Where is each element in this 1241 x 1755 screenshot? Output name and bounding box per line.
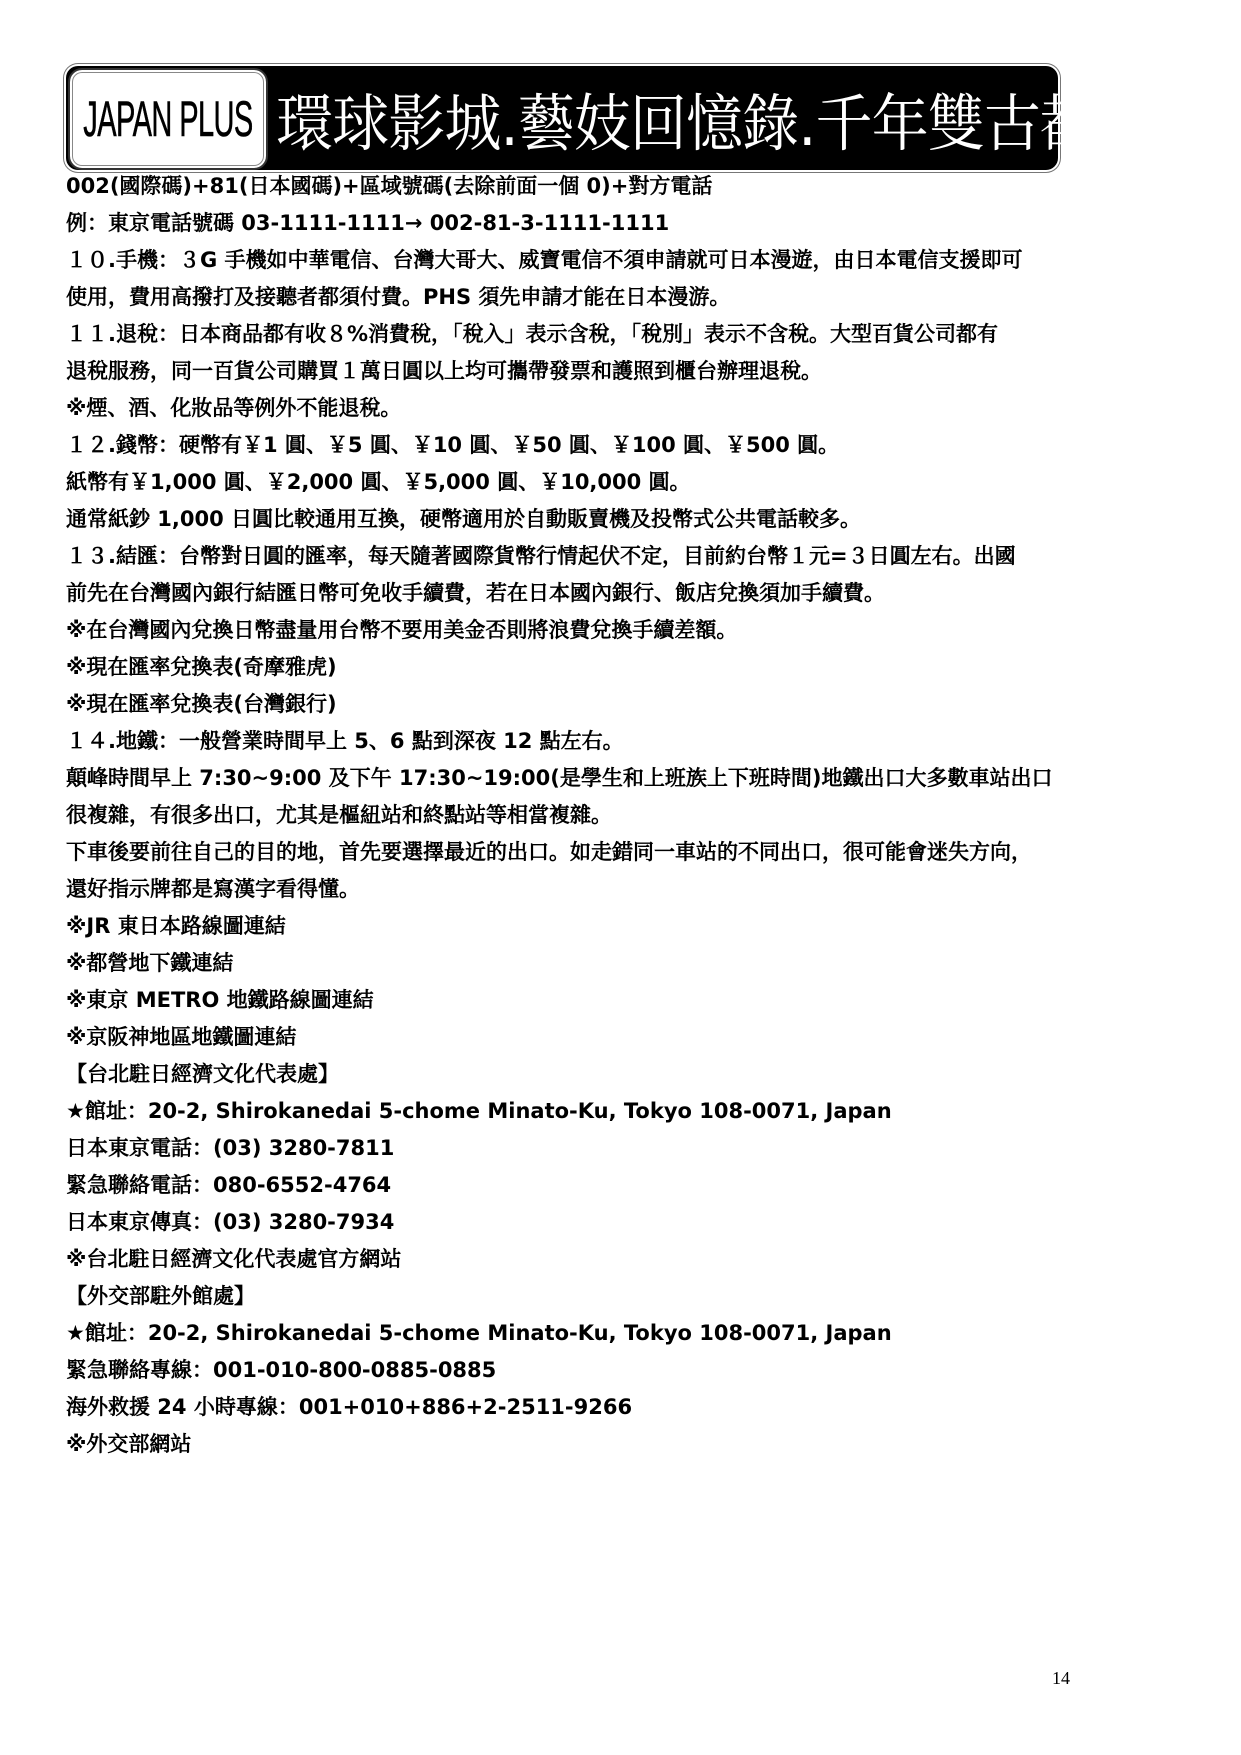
tecro-heading: 【台北駐日經濟文化代表處】 <box>66 1056 1076 1093</box>
tour-title: 環球影城.藝妓回憶錄.千年雙古都五日 <box>276 66 986 170</box>
tax-refund-note: ※煙、酒、化妝品等例外不能退稅。 <box>66 390 1076 427</box>
mofa-24h-line: 海外救援 24 小時專線：001+010+886+2-2511-9266 <box>66 1389 1076 1426</box>
brand-logo-box: JAPAN PLUS <box>68 68 268 170</box>
link-toei-subway[interactable]: ※都營地下鐵連結 <box>66 945 1076 982</box>
section-10-mobile: １０.手機：３G 手機如中華電信、台灣大哥大、威寶電信不須申請就可日本漫遊，由日… <box>66 242 1076 279</box>
title-banner: JAPAN PLUS 環球影城.藝妓回憶錄.千年雙古都五日 <box>66 66 1058 170</box>
dial-example: 例：東京電話號碼 03-1111-1111→ 002-81-3-1111-111… <box>66 205 1076 242</box>
link-tokyo-metro-map[interactable]: ※東京 METRO 地鐵路線圖連結 <box>66 982 1076 1019</box>
link-tecro-website[interactable]: ※台北駐日經濟文化代表處官方網站 <box>66 1241 1076 1278</box>
section-13-exchange: １３.結匯：台幣對日圓的匯率，每天隨著國際貨幣行情起伏不定，目前約台幣１元=３日… <box>66 538 1076 575</box>
section-10-mobile-cont: 使用，費用高撥打及接聽者都須付費。PHS 須先申請才能在日本漫游。 <box>66 279 1076 316</box>
tecro-phone: 日本東京電話：(03) 3280-7811 <box>66 1130 1076 1167</box>
intl-dial-format: 002(國際碼)+81(日本國碼)+區域號碼(去除前面一個 0)+對方電話 <box>66 168 1076 205</box>
link-rate-bot[interactable]: ※現在匯率兌換表(台灣銀行) <box>66 686 1076 723</box>
mofa-emergency-line: 緊急聯絡專線：001-010-800-0885-0885 <box>66 1352 1076 1389</box>
tecro-fax: 日本東京傳真：(03) 3280-7934 <box>66 1204 1076 1241</box>
document-body: 002(國際碼)+81(日本國碼)+區域號碼(去除前面一個 0)+對方電話 例：… <box>66 168 1076 1463</box>
tecro-address: ★館址：20-2, Shirokanedai 5-chome Minato-Ku… <box>66 1093 1076 1130</box>
page-number: 14 <box>1052 1668 1070 1689</box>
section-14-subway: １４.地鐵：一般營業時間早上 5、6 點到深夜 12 點左右。 <box>66 723 1076 760</box>
subway-peak-hours-cont: 很複雜，有很多出口，尤其是樞紐站和終點站等相當複雜。 <box>66 797 1076 834</box>
banknotes-line: 紙幣有￥1,000 圓、￥2,000 圓、￥5,000 圓、￥10,000 圓。 <box>66 464 1076 501</box>
tecro-emergency-phone: 緊急聯絡電話：080-6552-4764 <box>66 1167 1076 1204</box>
section-12-currency: １２.錢幣：硬幣有￥1 圓、￥5 圓、￥10 圓、￥50 圓、￥100 圓、￥5… <box>66 427 1076 464</box>
mofa-address: ★館址：20-2, Shirokanedai 5-chome Minato-Ku… <box>66 1315 1076 1352</box>
currency-usage-line: 通常紙鈔 1,000 日圓比較通用互換，硬幣適用於自動販賣機及投幣式公共電話較多… <box>66 501 1076 538</box>
link-mofa-website[interactable]: ※外交部網站 <box>66 1426 1076 1463</box>
brand-name: JAPAN PLUS <box>83 90 252 148</box>
subway-peak-hours: 顛峰時間早上 7:30~9:00 及下午 17:30~19:00(是學生和上班族… <box>66 760 1076 797</box>
link-rate-yahoo[interactable]: ※現在匯率兌換表(奇摩雅虎) <box>66 649 1076 686</box>
section-13-exchange-cont: 前先在台灣國內銀行結匯日幣可免收手續費，若在日本國內銀行、飯店兌換須加手續費。 <box>66 575 1076 612</box>
section-11-tax-refund: １１.退稅：日本商品都有收８%消費稅，「稅入」表示含稅，「稅別」表示不含稅。大型… <box>66 316 1076 353</box>
subway-exit-advice: 下車後要前往自己的目的地，首先要選擇最近的出口。如走錯同一車站的不同出口，很可能… <box>66 834 1076 871</box>
link-jr-east-map[interactable]: ※JR 東日本路線圖連結 <box>66 908 1076 945</box>
section-11-tax-refund-cont: 退稅服務，同一百貨公司購買１萬日圓以上均可攜帶發票和護照到櫃台辦理退稅。 <box>66 353 1076 390</box>
mofa-heading: 【外交部駐外館處】 <box>66 1278 1076 1315</box>
subway-exit-advice-cont: 還好指示牌都是寫漢字看得懂。 <box>66 871 1076 908</box>
link-keihanshin-map[interactable]: ※京阪神地區地鐵圖連結 <box>66 1019 1076 1056</box>
exchange-note: ※在台灣國內兌換日幣盡量用台幣不要用美金否則將浪費兌換手續差額。 <box>66 612 1076 649</box>
